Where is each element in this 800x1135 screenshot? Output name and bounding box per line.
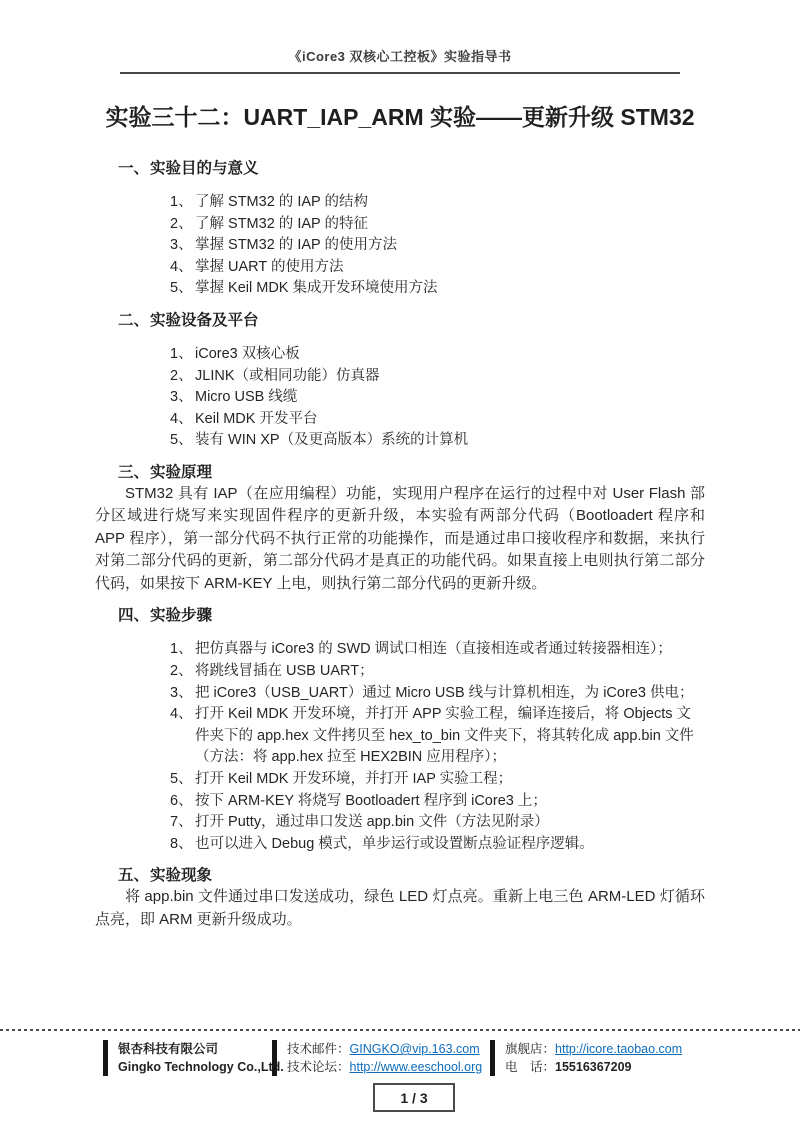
list-item: 2、将跳线冒插在 USB UART； xyxy=(170,661,705,683)
item-text: JLINK（或相同功能）仿真器 xyxy=(195,366,705,388)
phone-label: 电 话： xyxy=(505,1060,555,1074)
document-page: 《iCore3 双核心工控板》实验指导书 实验三十二：UART_IAP_ARM … xyxy=(0,0,800,1135)
list-item: 5、掌握 Keil MDK 集成开发环境使用方法 xyxy=(170,278,705,300)
section-result: 五、 实验现象 将 app.bin 文件通过串口发送成功，绿色 LED 灯点亮。… xyxy=(95,865,705,931)
item-number: 4、 xyxy=(170,257,195,279)
item-number: 3、 xyxy=(170,235,195,257)
item-text: Micro USB 线缆 xyxy=(195,387,705,409)
item-number: 4、 xyxy=(170,704,195,769)
item-text: 把 iCore3（USB_UART）通过 Micro USB 线与计算机相连，为… xyxy=(195,683,705,705)
section-number: 四、 xyxy=(118,605,150,626)
document-body: 一、 实验目的与意义 1、了解 STM32 的 IAP 的结构 2、了解 STM… xyxy=(95,158,705,931)
company-name-cn: 银杏科技有限公司 xyxy=(118,1040,272,1058)
list-item: 1、把仿真器与 iCore3 的 SWD 调试口相连（直接相连或者通过转接器相连… xyxy=(170,639,705,661)
section-heading: 三、 实验原理 xyxy=(95,462,705,483)
item-text: 打开 Keil MDK 开发环境，并打开 APP 实验工程，编译连接后，将 Ob… xyxy=(195,704,705,769)
steps-list: 1、把仿真器与 iCore3 的 SWD 调试口相连（直接相连或者通过转接器相连… xyxy=(170,639,705,855)
email-row: 技术邮件：GINGKO@vip.163.com xyxy=(287,1040,490,1058)
list-item: 7、打开 Putty，通过串口发送 app.bin 文件（方法见附录） xyxy=(170,812,705,834)
section-number: 一、 xyxy=(118,158,150,179)
forum-label: 技术论坛： xyxy=(287,1060,350,1074)
section-heading: 四、 实验步骤 xyxy=(95,605,705,626)
footer-store-column: 旗舰店：http://icore.taobao.com 电 话：15516367… xyxy=(490,1040,800,1076)
item-text: 了解 STM32 的 IAP 的结构 xyxy=(195,192,705,214)
item-number: 6、 xyxy=(170,791,195,813)
page-footer: 银杏科技有限公司 Gingko Technology Co.,Ltd. 技术邮件… xyxy=(0,1029,800,1076)
company-name-en: Gingko Technology Co.,Ltd. xyxy=(118,1058,272,1076)
footer-dashed-divider xyxy=(0,1029,800,1031)
section-heading: 一、 实验目的与意义 xyxy=(95,158,705,179)
item-number: 2、 xyxy=(170,214,195,236)
item-number: 1、 xyxy=(170,192,195,214)
section-number: 五、 xyxy=(118,865,150,886)
item-number: 3、 xyxy=(170,683,195,705)
page-number: 1 / 3 xyxy=(400,1090,427,1106)
phone-row: 电 话：15516367209 xyxy=(505,1058,800,1076)
section-purpose: 一、 实验目的与意义 1、了解 STM32 的 IAP 的结构 2、了解 STM… xyxy=(95,158,705,300)
list-item: 4、Keil MDK 开发平台 xyxy=(170,409,705,431)
list-item: 1、了解 STM32 的 IAP 的结构 xyxy=(170,192,705,214)
item-number: 2、 xyxy=(170,661,195,683)
principle-paragraph: STM32 具有 IAP（在应用编程）功能，实现用户程序在运行的过程中对 Use… xyxy=(95,483,705,596)
store-link[interactable]: http://icore.taobao.com xyxy=(555,1042,682,1056)
store-row: 旗舰店：http://icore.taobao.com xyxy=(505,1040,800,1058)
header-divider xyxy=(120,72,680,74)
list-item: 3、掌握 STM32 的 IAP 的使用方法 xyxy=(170,235,705,257)
item-text: 掌握 UART 的使用方法 xyxy=(195,257,705,279)
item-number: 7、 xyxy=(170,812,195,834)
item-number: 2、 xyxy=(170,366,195,388)
section-heading: 五、 实验现象 xyxy=(95,865,705,886)
email-label: 技术邮件： xyxy=(287,1042,350,1056)
list-item: 4、掌握 UART 的使用方法 xyxy=(170,257,705,279)
section-heading-text: 实验设备及平台 xyxy=(150,310,259,331)
item-text: 将跳线冒插在 USB UART； xyxy=(195,661,705,683)
list-item: 3、Micro USB 线缆 xyxy=(170,387,705,409)
booklet-header: 《iCore3 双核心工控板》实验指导书 xyxy=(0,0,800,65)
item-text: iCore3 双核心板 xyxy=(195,344,705,366)
section-steps: 四、 实验步骤 1、把仿真器与 iCore3 的 SWD 调试口相连（直接相连或… xyxy=(95,605,705,855)
item-text: 掌握 Keil MDK 集成开发环境使用方法 xyxy=(195,278,705,300)
item-number: 3、 xyxy=(170,387,195,409)
forum-link[interactable]: http://www.eeschool.org xyxy=(350,1060,483,1074)
page-title: 实验三十二：UART_IAP_ARM 实验——更新升级 STM32 xyxy=(0,101,800,133)
item-number: 1、 xyxy=(170,344,195,366)
item-text: Keil MDK 开发平台 xyxy=(195,409,705,431)
item-text: 打开 Keil MDK 开发环境，并打开 IAP 实验工程； xyxy=(195,769,705,791)
list-item: 6、按下 ARM-KEY 将烧写 Bootloadert 程序到 iCore3 … xyxy=(170,791,705,813)
item-text: 把仿真器与 iCore3 的 SWD 调试口相连（直接相连或者通过转接器相连）； xyxy=(195,639,705,661)
section-heading-text: 实验原理 xyxy=(150,462,212,483)
section-heading-text: 实验步骤 xyxy=(150,605,212,626)
item-number: 5、 xyxy=(170,769,195,791)
item-text: 按下 ARM-KEY 将烧写 Bootloadert 程序到 iCore3 上； xyxy=(195,791,705,813)
list-item: 3、把 iCore3（USB_UART）通过 Micro USB 线与计算机相连… xyxy=(170,683,705,705)
section-principle: 三、 实验原理 STM32 具有 IAP（在应用编程）功能，实现用户程序在运行的… xyxy=(95,462,705,596)
list-item: 2、JLINK（或相同功能）仿真器 xyxy=(170,366,705,388)
item-number: 5、 xyxy=(170,430,195,452)
section-heading-text: 实验现象 xyxy=(150,865,212,886)
list-item: 5、装有 WIN XP（及更高版本）系统的计算机 xyxy=(170,430,705,452)
item-text: 打开 Putty，通过串口发送 app.bin 文件（方法见附录） xyxy=(195,812,705,834)
item-text: 也可以进入 Debug 模式，单步运行或设置断点验证程序逻辑。 xyxy=(195,834,705,856)
item-text: 掌握 STM32 的 IAP 的使用方法 xyxy=(195,235,705,257)
item-number: 4、 xyxy=(170,409,195,431)
footer-contact-column: 技术邮件：GINGKO@vip.163.com 技术论坛：http://www.… xyxy=(272,1040,490,1076)
item-text: 了解 STM32 的 IAP 的特征 xyxy=(195,214,705,236)
list-item: 8、也可以进入 Debug 模式，单步运行或设置断点验证程序逻辑。 xyxy=(170,834,705,856)
footer-company-column: 银杏科技有限公司 Gingko Technology Co.,Ltd. xyxy=(103,1040,272,1076)
item-number: 1、 xyxy=(170,639,195,661)
email-link[interactable]: GINGKO@vip.163.com xyxy=(350,1042,480,1056)
list-item: 1、iCore3 双核心板 xyxy=(170,344,705,366)
phone-number: 15516367209 xyxy=(555,1060,631,1074)
forum-row: 技术论坛：http://www.eeschool.org xyxy=(287,1058,490,1076)
section-equipment: 二、 实验设备及平台 1、iCore3 双核心板 2、JLINK（或相同功能）仿… xyxy=(95,310,705,452)
section-heading: 二、 实验设备及平台 xyxy=(95,310,705,331)
item-text: 装有 WIN XP（及更高版本）系统的计算机 xyxy=(195,430,705,452)
section-number: 三、 xyxy=(118,462,150,483)
section-number: 二、 xyxy=(118,310,150,331)
list-item: 4、打开 Keil MDK 开发环境，并打开 APP 实验工程，编译连接后，将 … xyxy=(170,704,705,769)
store-label: 旗舰店： xyxy=(505,1042,555,1056)
page-number-box: 1 / 3 xyxy=(373,1083,455,1112)
item-number: 5、 xyxy=(170,278,195,300)
list-item: 5、打开 Keil MDK 开发环境，并打开 IAP 实验工程； xyxy=(170,769,705,791)
list-item: 2、了解 STM32 的 IAP 的特征 xyxy=(170,214,705,236)
purpose-list: 1、了解 STM32 的 IAP 的结构 2、了解 STM32 的 IAP 的特… xyxy=(170,192,705,300)
result-paragraph: 将 app.bin 文件通过串口发送成功，绿色 LED 灯点亮。重新上电三色 A… xyxy=(95,886,705,931)
footer-columns: 银杏科技有限公司 Gingko Technology Co.,Ltd. 技术邮件… xyxy=(0,1040,800,1076)
item-number: 8、 xyxy=(170,834,195,856)
equipment-list: 1、iCore3 双核心板 2、JLINK（或相同功能）仿真器 3、Micro … xyxy=(170,344,705,452)
section-heading-text: 实验目的与意义 xyxy=(150,158,259,179)
